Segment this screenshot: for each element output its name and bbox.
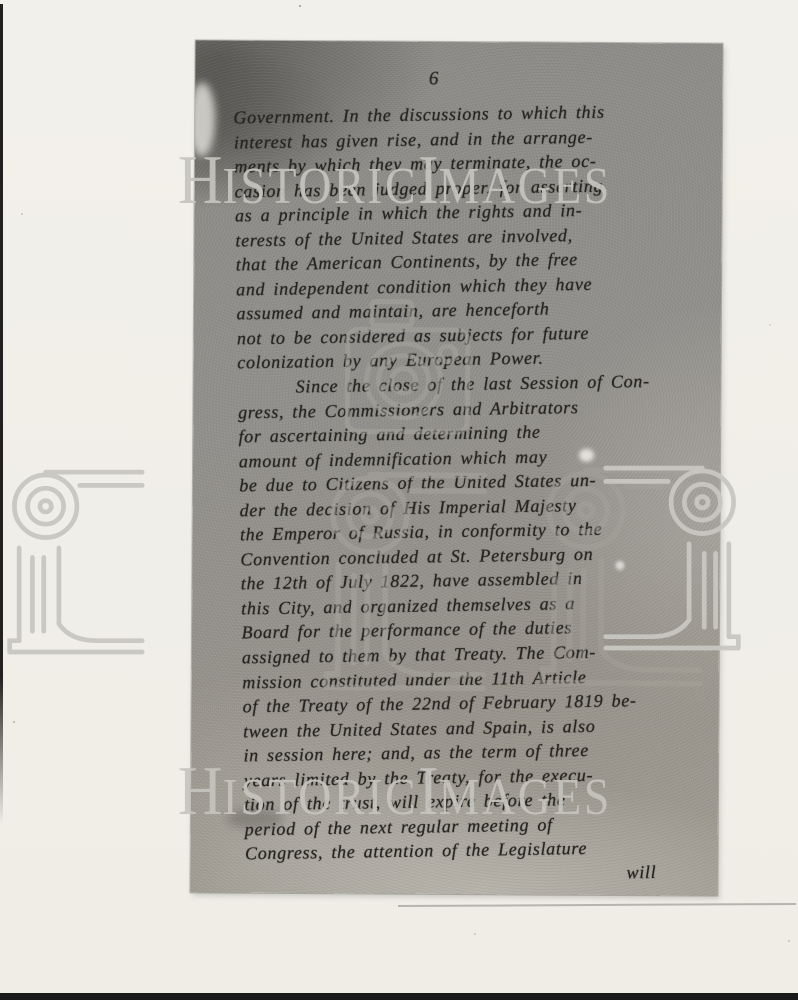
manuscript-photo: 6 Government. In the discussions to whic… [190,40,722,895]
manuscript-page: 6 Government. In the discussions to whic… [190,40,722,895]
pillar-icon [4,464,146,664]
scan-edge-left [0,4,3,824]
press-photo-scan: 6 Government. In the discussions to whic… [0,0,798,1000]
page-number: 6 [429,64,696,94]
scan-crease-line [398,903,796,907]
manuscript-text: Government. In the discussions to which … [233,98,708,891]
scan-edge-bottom [0,993,798,1000]
